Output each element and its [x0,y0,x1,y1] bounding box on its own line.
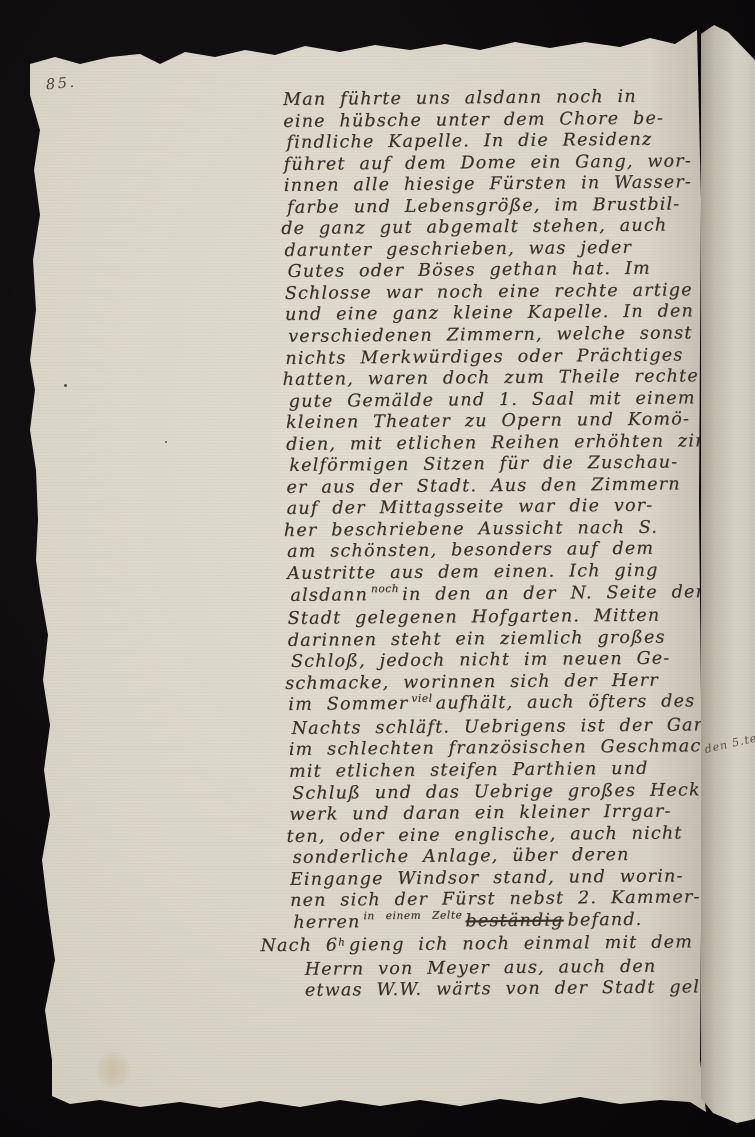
manuscript-line: de ganz gut abgemalt stehen, auch [281,215,716,240]
manuscript-line: ten, oder eine englische, auch nicht [286,823,721,848]
paper-stain [96,1052,130,1088]
scanned-book-page: 85. Man führte uns alsdann noch ineine h… [0,0,755,1137]
ink-speck [64,384,67,387]
manuscript-line: nen sich der Fürst nebst 2. Kammer- [290,887,722,912]
page-number: 85. [45,75,77,94]
manuscript-line: im schlechten französischen Geschmacke, [289,737,721,762]
manuscript-line: er aus der Stadt. Aus den Zimmern [286,474,718,499]
manuscript-text-block: Man führte uns alsdann noch ineine hübsc… [283,86,723,1003]
interlinear-insertion: noch [371,579,399,601]
ink-speck [506,199,508,201]
manuscript-line: etwas W.W. wärts von der Stadt gele- [305,978,723,1003]
ink-speck [165,441,167,443]
manuscript-leaf: 85. Man führte uns alsdann noch ineine h… [0,0,755,1137]
struck-through-word: beständig [465,910,563,931]
interlinear-insertion: viel [411,688,432,710]
margin-note-date: den 5.ten [703,729,755,756]
interlinear-insertion: in einem Zelte [363,906,462,928]
